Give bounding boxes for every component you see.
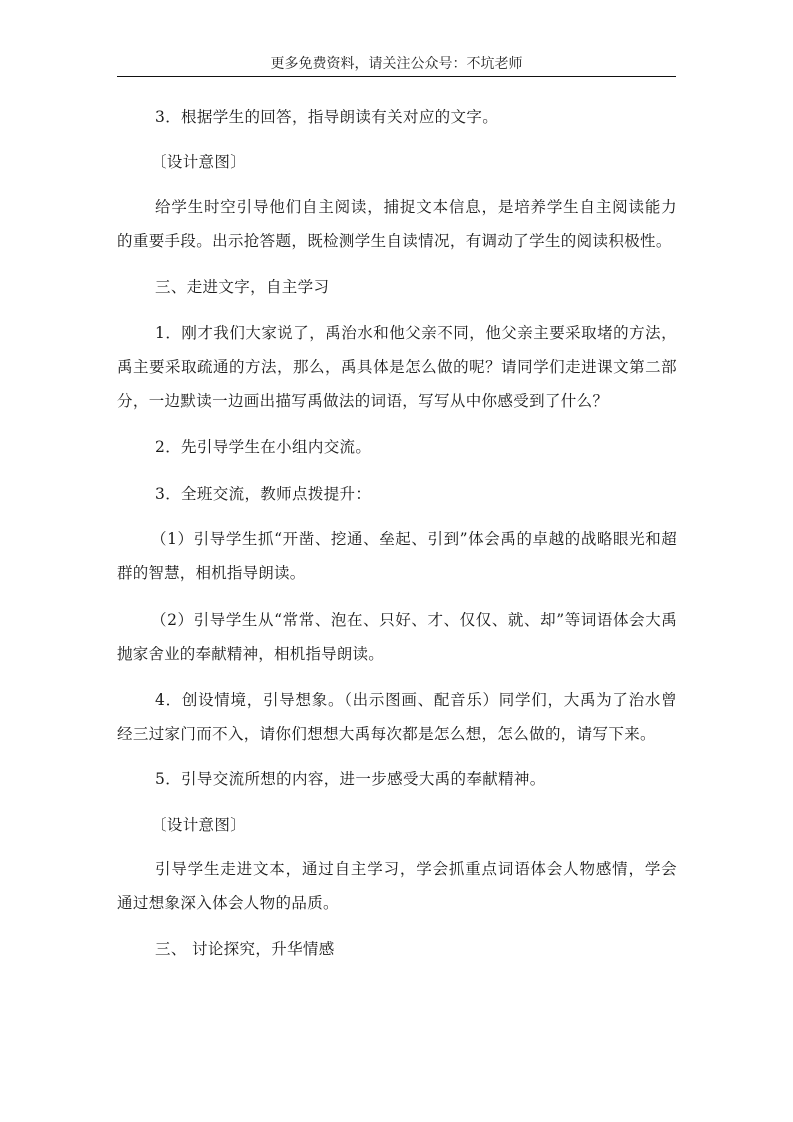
- section-heading-discussion: 三、 讨论探究，升华情感: [117, 932, 677, 966]
- design-intent-label-2: 〔设计意图〕: [117, 808, 677, 842]
- design-intent-paragraph: 给学生时空引导他们自主阅读，捕捉文本信息，是培养学生自主阅读能力的重要手段。出示…: [117, 190, 677, 258]
- substep-2-paragraph: （2）引导学生从“常常、泡在、只好、才、仅仅、就、却”等词语体会大禹抛家舍业的奉…: [117, 603, 677, 671]
- step-1-paragraph: 1．刚才我们大家说了，禹治水和他父亲不同，他父亲主要采取堵的方法，禹主要采取疏通…: [117, 316, 677, 418]
- step-3-paragraph: 3．全班交流，教师点拨提升：: [117, 477, 677, 511]
- step-5-paragraph: 5．引导交流所想的内容，进一步感受大禹的奉献精神。: [117, 762, 677, 796]
- design-intent-label: 〔设计意图〕: [117, 145, 677, 179]
- step-4-paragraph: 4．创设情境，引导想象。（出示图画、配音乐）同学们，大禹为了治水曾经三过家门而不…: [117, 683, 677, 751]
- step-2-paragraph: 2．先引导学生在小组内交流。: [117, 430, 677, 464]
- substep-1-paragraph: （1）引导学生抓“开凿、挖通、垒起、引到”体会禹的卓越的战略眼光和超群的智慧，相…: [117, 522, 677, 590]
- step-3-read-aloud: 3．根据学生的回答，指导朗读有关对应的文字。: [117, 100, 677, 134]
- design-intent-paragraph-2: 引导学生走进文本，通过自主学习，学会抓重点词语体会人物感情，学会通过想象深入体会…: [117, 852, 677, 920]
- section-heading-3: 三、走进文字，自主学习: [117, 270, 677, 304]
- header-divider: [117, 76, 676, 77]
- page-header: 更多免费资料，请关注公众号：不坑老师: [117, 55, 676, 73]
